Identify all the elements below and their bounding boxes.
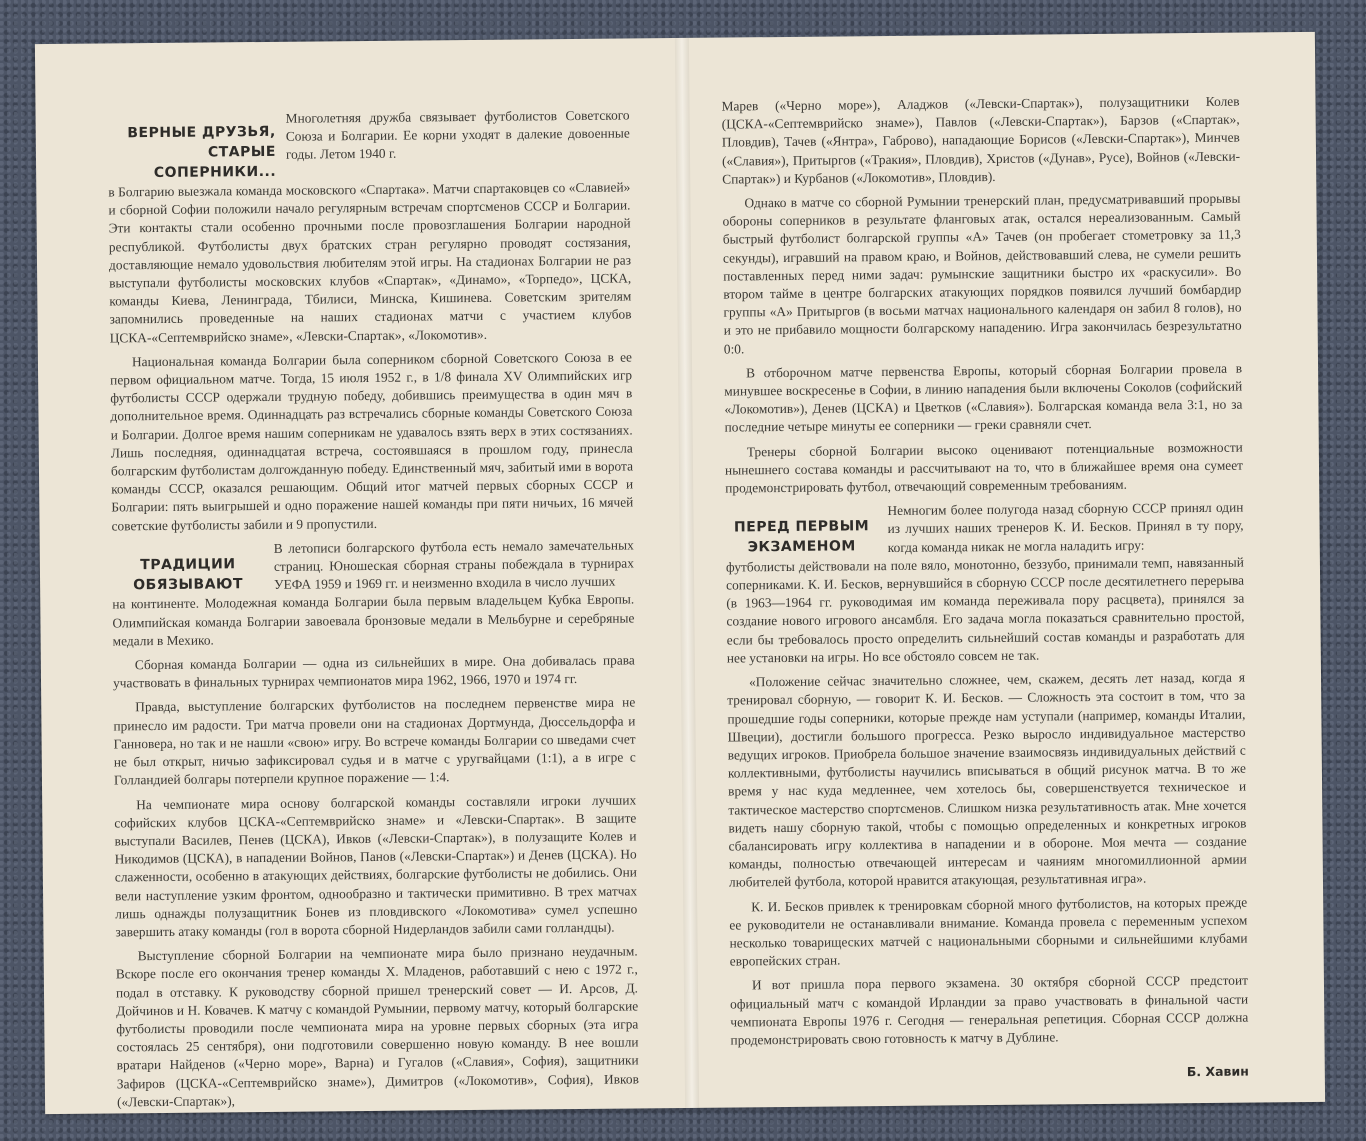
paragraph: На чемпионате мира основу болгарской ком… — [114, 791, 637, 942]
paragraph: Марев («Черно море»), Аладжов («Левски-С… — [721, 93, 1240, 189]
left-page: ВЕРНЫЕ ДРУЗЬЯ, СТАРЫЕ СОПЕРНИКИ... Много… — [108, 106, 640, 1117]
paragraph: К. И. Бесков привлек к тренировкам сборн… — [729, 893, 1248, 971]
right-page: Марев («Черно море»), Аладжов («Левски-С… — [721, 93, 1248, 1086]
center-fold — [675, 38, 699, 1108]
lead-paragraph: Многолетняя дружба связывает футболистов… — [286, 106, 631, 181]
paragraph: Выступление сборной Болгарии на чемпиона… — [116, 943, 640, 1112]
paragraph: Правда, выступление болгарских футболист… — [113, 694, 636, 790]
lead-paragraph: Немногим более полугода назад сборную СС… — [887, 499, 1244, 557]
paragraph: Однако в матче со сборной Румынии тренер… — [722, 190, 1242, 359]
paragraph: «Положение сейчас значительно сложнее, ч… — [727, 669, 1247, 892]
paragraph: футболисты действовали на поле вяло, мон… — [726, 553, 1245, 667]
section-verny-druzya: ВЕРНЫЕ ДРУЗЬЯ, СТАРЫЕ СОПЕРНИКИ... Много… — [108, 106, 631, 183]
programme-spread: ВЕРНЫЕ ДРУЗЬЯ, СТАРЫЕ СОПЕРНИКИ... Много… — [35, 32, 1325, 1114]
lead-paragraph: В летописи болгарского футбола есть нема… — [274, 536, 635, 594]
paragraph: И вот пришла пора первого экзамена. 30 о… — [730, 972, 1249, 1050]
section-heading: ВЕРНЫЕ ДРУЗЬЯ, СТАРЫЕ СОПЕРНИКИ... — [108, 110, 277, 184]
paragraph: Тренеры сборной Болгарии высоко оцениваю… — [725, 438, 1244, 498]
paragraph: на континенте. Молодежная команда Болгар… — [112, 591, 635, 651]
paragraph: в Болгарию выезжала команда московского … — [108, 178, 632, 347]
section-pered-pervym: ПЕРЕД ПЕРВЫМ ЭКЗАМЕНОМ Немногим более по… — [725, 499, 1244, 559]
paragraph: Национальная команда Болгарии была сопер… — [110, 348, 634, 535]
paragraph: В отборочном матче первенства Европы, ко… — [724, 359, 1243, 437]
author-signature: Б. Хавин — [731, 1063, 1249, 1086]
section-traditsii: ТРАДИЦИИ ОБЯЗЫВАЮТ В летописи болгарског… — [112, 536, 635, 596]
section-heading: ПЕРЕД ПЕРВЫМ ЭКЗАМЕНОМ — [725, 502, 878, 558]
paragraph: Сборная команда Болгарии — одна из сильн… — [113, 652, 635, 693]
section-heading: ТРАДИЦИИ ОБЯЗЫВАЮТ — [112, 540, 265, 596]
